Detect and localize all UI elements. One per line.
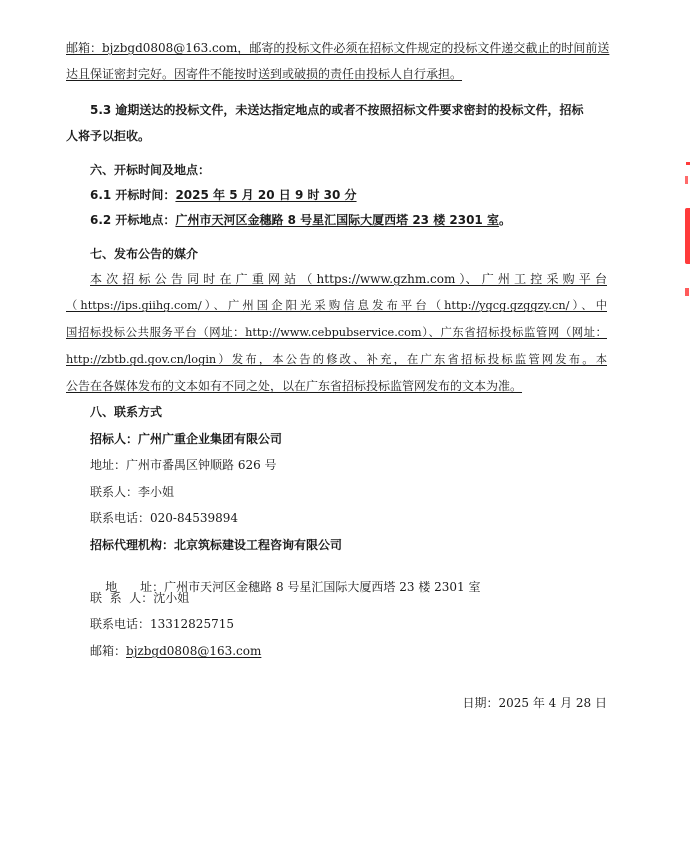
opening-time-value: 2025 年 5 月 20 日 9 时 30 分	[175, 188, 356, 202]
agency-title: 招标代理机构：北京筑标建设工程咨询有限公司	[90, 537, 607, 553]
agency-email: 邮箱：bjzbgd0808@163.com	[90, 643, 607, 659]
media-line5: 公告在各媒体发布的文本如有不同之处，以在广东省招标投标监管网发布的文本为准。	[66, 379, 522, 393]
document-page: 邮箱：bjzbgd0808@163.com，邮寄的投标文件必须在招标文件规定的投…	[0, 0, 690, 860]
tenderer-phone: 联系电话：020-84539894	[90, 510, 607, 526]
section7-heading: 七、发布公告的媒介	[90, 246, 607, 262]
opening-place-value: 广州市天河区金穗路 8 号星汇国际大厦西塔 23 楼 2301 室	[175, 213, 499, 227]
stamp-mark	[685, 288, 689, 296]
red-seal-stamp-fragment	[684, 160, 690, 300]
media-line3: 国招标投标公共服务平台（网址：http://www.cebpubservice.…	[66, 325, 607, 341]
media-line1: 本 次 招 标 公 告 同 时 在 广 重 网 站 （ https://www.…	[90, 271, 607, 287]
document-date: 日期：2025 年 4 月 28 日	[462, 695, 607, 711]
opening-place-end: 。	[499, 213, 511, 227]
submission-note-line2-wrap: 达且保证密封完好。因寄件不能按时送到或破损的责任由投标人自行承担。	[66, 66, 607, 82]
media-line5-wrap: 公告在各媒体发布的文本如有不同之处，以在广东省招标投标监管网发布的文本为准。	[66, 378, 607, 394]
media-line2: （https://ips.giihg.com/）、广州国企阳光采购信息发布平台（…	[66, 298, 607, 314]
agency-email-label: 邮箱：	[90, 644, 126, 658]
section8-heading: 八、联系方式	[90, 404, 607, 420]
stamp-mark	[686, 162, 690, 165]
clause-5-3-line1: 5.3 逾期送达的投标文件，未送达指定地点的或者不按照招标文件要求密封的投标文件…	[90, 102, 607, 118]
opening-place: 6.2 开标地点：广州市天河区金穗路 8 号星汇国际大厦西塔 23 楼 2301…	[90, 212, 607, 228]
opening-place-label: 6.2 开标地点：	[90, 213, 175, 227]
tenderer-title: 招标人：广州广重企业集团有限公司	[90, 431, 607, 447]
agency-contact: 联 系 人：沈小姐	[90, 590, 607, 606]
stamp-mark	[685, 208, 690, 264]
opening-time: 6.1 开标时间：2025 年 5 月 20 日 9 时 30 分	[90, 187, 607, 203]
stamp-mark	[685, 176, 688, 184]
section6-heading: 六、开标时间及地点：	[90, 162, 607, 178]
media-line4: http://zbtb.gd.gov.cn/login）发布，本公告的修改、补充…	[66, 352, 607, 368]
opening-time-label: 6.1 开标时间：	[90, 188, 175, 202]
agency-email-link[interactable]: bjzbgd0808@163.com	[126, 644, 261, 658]
tenderer-address: 地址：广州市番禺区钟顺路 626 号	[90, 457, 607, 473]
submission-note-line2: 达且保证密封完好。因寄件不能按时送到或破损的责任由投标人自行承担。	[66, 67, 462, 81]
tenderer-contact: 联系人：李小姐	[90, 484, 607, 500]
agency-phone: 联系电话：13312825715	[90, 616, 607, 632]
submission-note-line1: 邮箱：bjzbgd0808@163.com，邮寄的投标文件必须在招标文件规定的投…	[66, 40, 607, 56]
clause-5-3-line2: 人将予以拒收。	[66, 128, 607, 144]
